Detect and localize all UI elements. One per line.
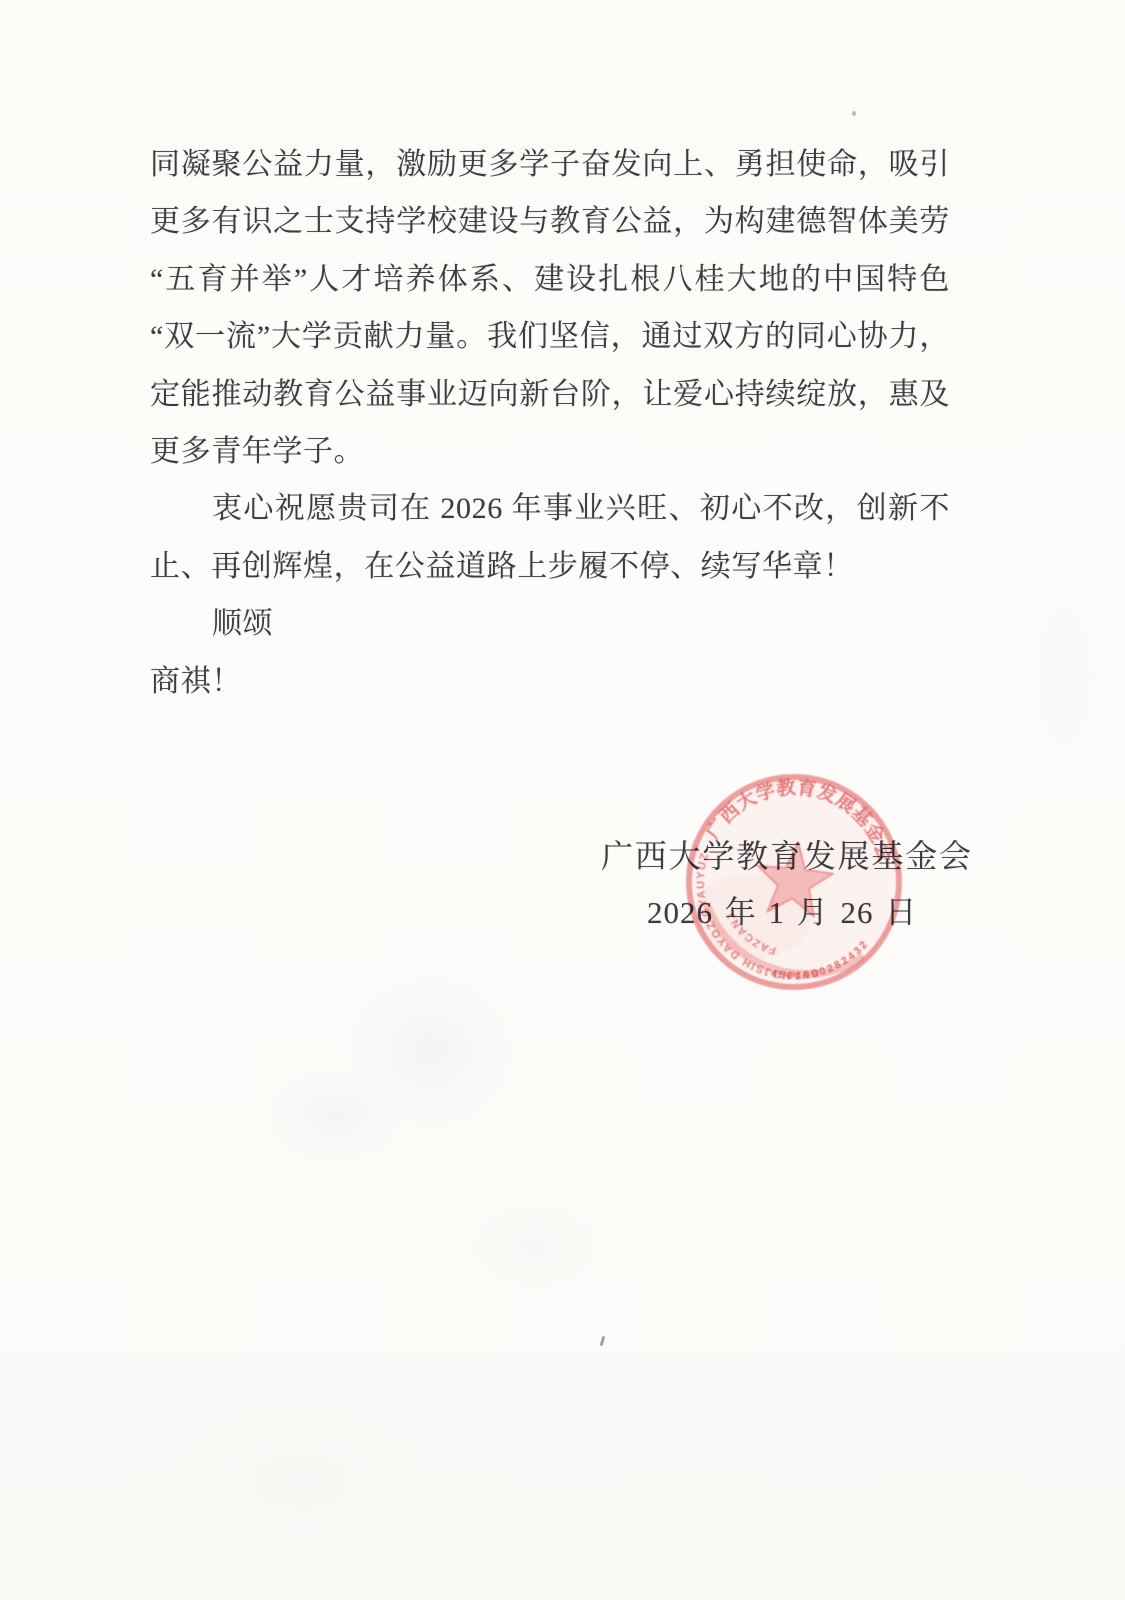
scan-speck <box>852 111 856 116</box>
letter-line: 顺颂 <box>150 595 950 652</box>
letter-body: 同凝聚公益力量，激励更多学子奋发向上、勇担使命，吸引 更多有识之士支持学校建设与… <box>150 136 950 710</box>
letter-line: 同凝聚公益力量，激励更多学子奋发向上、勇担使命，吸引 <box>150 136 950 193</box>
letter-line: 定能推动教育公益事业迈向新台阶，让爱心持续绽放，惠及 <box>150 366 950 423</box>
letter-line: 更多有识之士支持学校建设与教育公益，为构建德智体美劳 <box>150 193 950 250</box>
scan-smudge <box>440 1180 630 1310</box>
scan-smudge <box>230 1040 440 1190</box>
letter-line: “五育并举”人才培养体系、建设扎根八桂大地的中国特色 <box>150 251 950 308</box>
seal-graphic: 广西大学教育发展基金会 GVANGJSIH DAYOZ GYAUYUZ FAZC… <box>671 759 917 1005</box>
letter-line: 止、再创辉煌，在公益道路上步履不停、续写华章！ <box>150 538 950 595</box>
letter-line: 衷心祝愿贵司在 2026 年事业兴旺、初心不改，创新不 <box>150 480 950 537</box>
letter-line: 更多青年学子。 <box>150 423 950 480</box>
scan-speck <box>600 1336 606 1346</box>
scan-smudge <box>130 1380 470 1580</box>
scan-smudge <box>1005 540 1125 810</box>
letter-line: “双一流”大学贡献力量。我们坚信，通过双方的同心协力， <box>150 308 950 365</box>
scanned-letter-page: 同凝聚公益力量，激励更多学子奋发向上、勇担使命，吸引 更多有识之士支持学校建设与… <box>0 0 1125 1600</box>
letter-line: 商祺！ <box>150 653 950 710</box>
official-seal-stamp: 广西大学教育发展基金会 GVANGJSIH DAYOZ GYAUYUZ FAZC… <box>671 759 917 1005</box>
scan-smudge <box>300 930 560 1170</box>
